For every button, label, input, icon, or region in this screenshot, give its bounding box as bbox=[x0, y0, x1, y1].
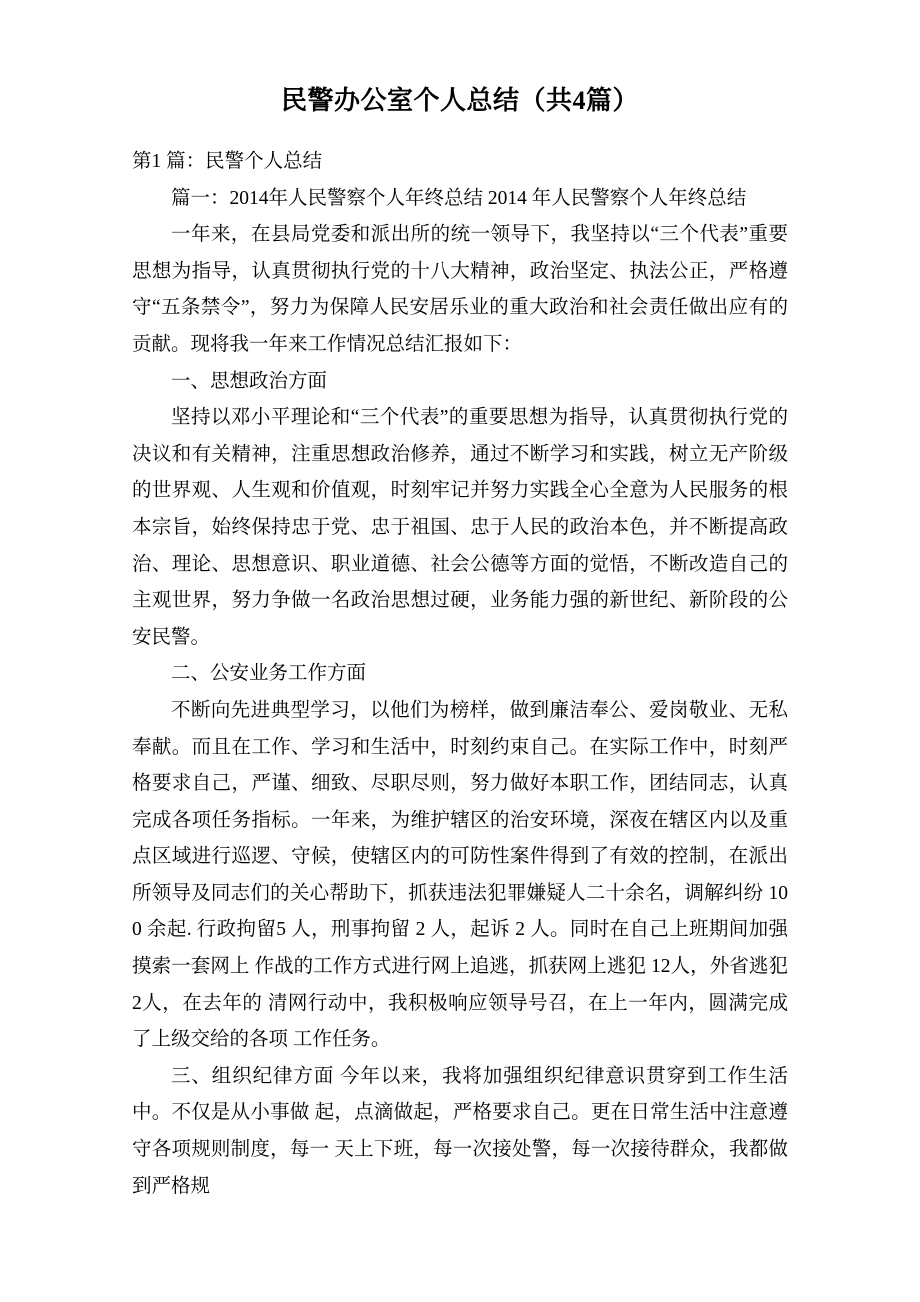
paragraph: 第1 篇：民警个人总结 bbox=[132, 144, 788, 181]
paragraph: 不断向先进典型学习，以他们为榜样，做到廉洁奉公、爱岗敬业、无私奉献。而且在工作、… bbox=[132, 693, 788, 1059]
document-title: 民警办公室个人总结（共4篇） bbox=[132, 84, 788, 118]
paragraph: 坚持以邓小平理论和“三个代表”的重要思想为指导，认真贯彻执行党的决议和有关精神，… bbox=[132, 400, 788, 656]
paragraph: 一年来，在县局党委和派出所的统一领导下，我坚持以“三个代表”重要思想为指导，认真… bbox=[132, 217, 788, 363]
paragraph: 三、组织纪律方面 今年以来，我将加强组织纪律意识贯穿到工作生活中。不仅是从小事做… bbox=[132, 1059, 788, 1205]
paragraph: 篇一：2014年人民警察个人年终总结 2014 年人民警察个人年终总结 bbox=[132, 181, 788, 218]
document-body: 第1 篇：民警个人总结篇一：2014年人民警察个人年终总结 2014 年人民警察… bbox=[132, 144, 788, 1205]
paragraph: 二、公安业务工作方面 bbox=[132, 656, 788, 693]
document-page: 民警办公室个人总结（共4篇） 第1 篇：民警个人总结篇一：2014年人民警察个人… bbox=[0, 0, 920, 1302]
paragraph: 一、思想政治方面 bbox=[132, 364, 788, 401]
